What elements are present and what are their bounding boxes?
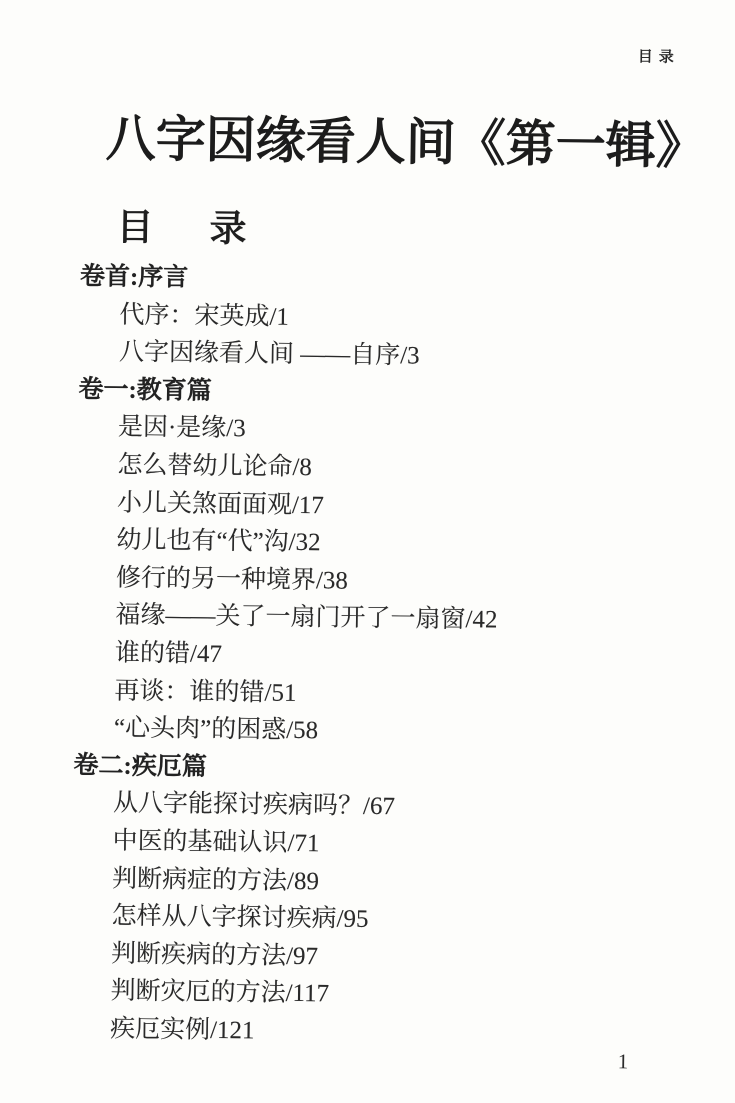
toc-list: 卷首:序言代序：宋英成/1八字因缘看人间 ——自序/3卷一:教育篇是因·是缘/3… [0,257,733,1056]
scanned-page: 目录 八字因缘看人间《第一辑》 目录 卷首:序言代序：宋英成/1八字因缘看人间 … [0,0,735,1103]
scan-tilt-wrapper: 目录 八字因缘看人间《第一辑》 目录 卷首:序言代序：宋英成/1八字因缘看人间 … [0,0,735,1103]
book-title: 八字因缘看人间《第一辑》 [105,98,706,178]
page-number: 1 [618,1049,629,1074]
toc-heading: 目录 [116,197,303,253]
running-header: 目录 [638,45,680,67]
